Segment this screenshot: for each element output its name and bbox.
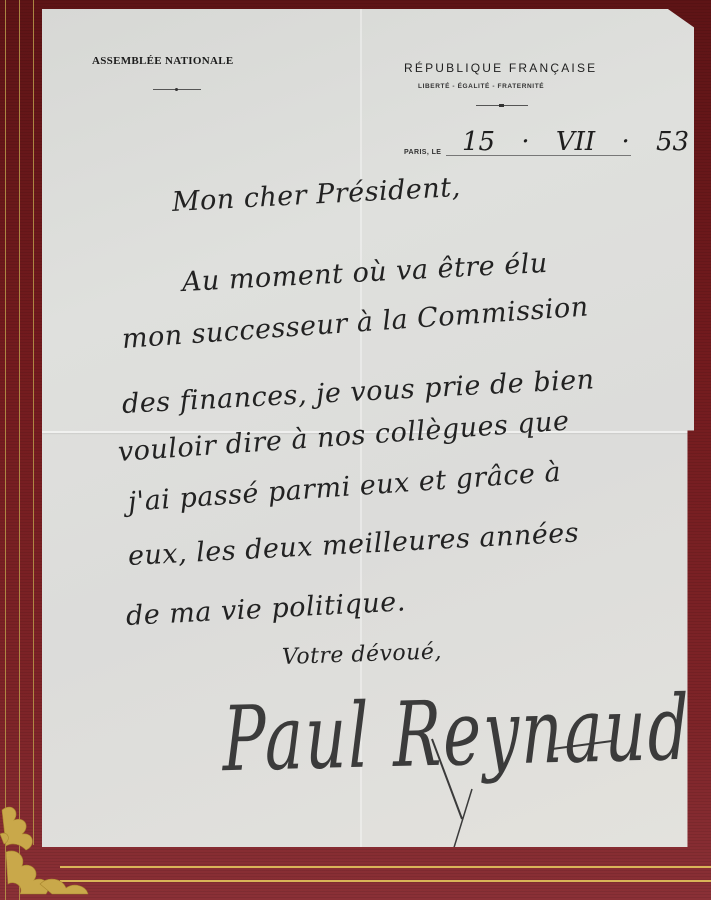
letterhead-republique-francaise: RÉPUBLIQUE FRANÇAISE xyxy=(404,61,597,75)
salutation: Mon cher Président, xyxy=(171,172,461,218)
handwritten-date: 15 · VII · 53 xyxy=(462,127,689,157)
gilt-line-bottom-upper xyxy=(60,866,711,868)
gilt-line-bottom-lower xyxy=(60,880,711,882)
gilt-line-left-inner2 xyxy=(33,0,34,845)
body-line-1: Au moment où va être élu xyxy=(181,248,548,298)
gilt-line-left-inner xyxy=(19,0,20,900)
gilt-line-left-outer xyxy=(5,0,6,900)
letter-sheet: ASSEMBLÉE NATIONALE RÉPUBLIQUE FRANÇAISE… xyxy=(42,9,694,847)
body-line-2: mon successeur à la Commission xyxy=(121,291,590,355)
letterhead-right-rule xyxy=(476,105,528,106)
body-line-7: de ma vie politique. xyxy=(125,586,406,632)
letterhead-assemblee-nationale: ASSEMBLÉE NATIONALE xyxy=(92,55,234,67)
letterhead-motto: LIBERTÉ - ÉGALITÉ - FRATERNITÉ xyxy=(418,83,544,90)
body-line-6: eux, les deux meilleures années xyxy=(127,517,580,572)
body-line-5: j'ai passé parmi eux et grâce à xyxy=(127,457,562,518)
closing: Votre dévoué, xyxy=(282,639,443,670)
place-label: PARIS, LE xyxy=(404,149,441,156)
signature-flourish xyxy=(422,729,622,859)
letterhead-left-rule xyxy=(153,89,201,90)
